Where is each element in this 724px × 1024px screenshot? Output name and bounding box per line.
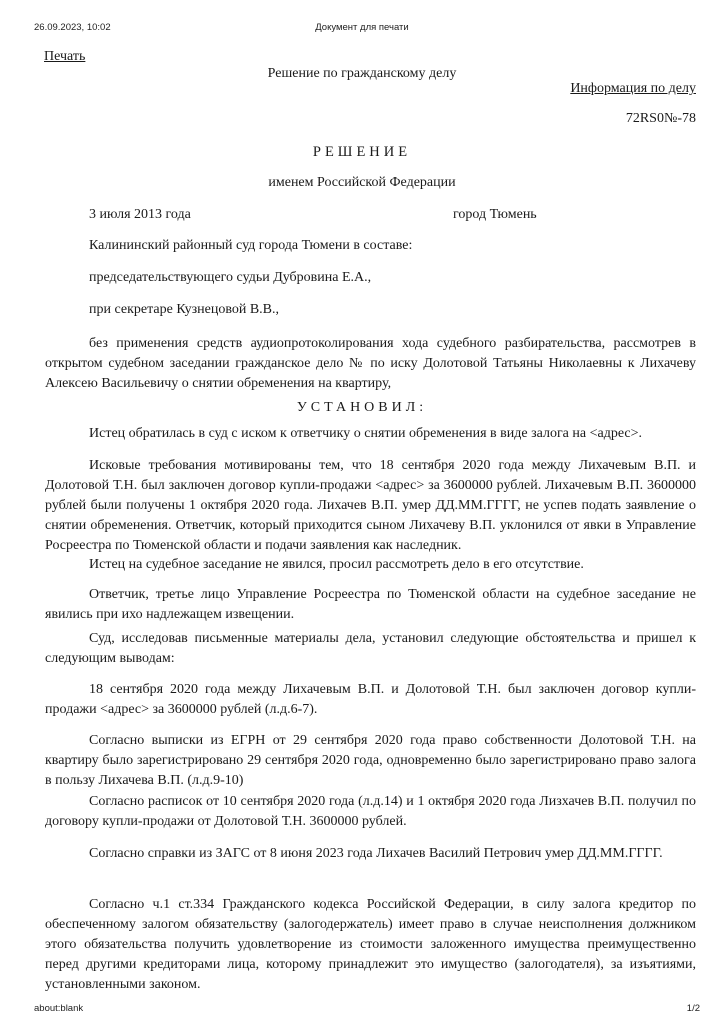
paragraph: Исковые требования мотивированы тем, что… (45, 456, 696, 556)
paragraph-text: Истец на судебное заседание не явился, п… (45, 555, 696, 575)
print-header: 26.09.2023, 10:02 Документ для печати (0, 22, 724, 36)
intro-paragraph: без применения средств аудиопротоколиров… (45, 334, 696, 394)
decision-date: 3 июля 2013 года (89, 206, 191, 224)
paragraph-text: Исковые требования мотивированы тем, что… (45, 456, 696, 556)
paragraph-text: Согласно расписок от 10 сентября 2020 го… (45, 792, 696, 832)
case-number: 72RS0№-78 (626, 110, 696, 128)
paragraph-text: Истец обратилась в суд с иском к ответчи… (45, 424, 696, 444)
paragraph-text: Согласно справки из ЗАГС от 8 июня 2023 … (45, 844, 696, 864)
paragraph-text: Согласно выписки из ЕГРН от 29 сентября … (45, 731, 696, 791)
paragraph-text: Суд, исследовав письменные материалы дел… (45, 629, 696, 669)
print-link[interactable]: Печать (44, 48, 85, 66)
court-composition: Калининский районный суд города Тюмени в… (45, 236, 696, 256)
paragraph-text: Ответчик, третье лицо Управление Росреес… (45, 585, 696, 625)
print-page-title: Документ для печати (0, 22, 724, 33)
paragraph: Истец на судебное заседание не явился, п… (45, 555, 696, 575)
presiding-judge: председательствующего судьи Дубровина Е.… (45, 268, 696, 288)
paragraph: Суд, исследовав письменные материалы дел… (45, 629, 696, 669)
established-heading: УСТАНОВИЛ: (0, 399, 724, 417)
paragraph: Согласно расписок от 10 сентября 2020 го… (45, 792, 696, 832)
paragraph-text: 18 сентября 2020 года между Лихачевым В.… (45, 680, 696, 720)
paragraph-text: Согласно ч.1 ст.334 Гражданского кодекса… (45, 895, 696, 995)
decision-subtitle: именем Российской Федерации (0, 174, 724, 192)
case-info-link[interactable]: Информация по делу (570, 80, 696, 98)
page-number: 1/2 (687, 1003, 700, 1014)
decision-title: РЕШЕНИЕ (0, 143, 724, 161)
court-text: Калининский районный суд города Тюмени в… (45, 236, 696, 256)
judge-text: председательствующего судьи Дубровина Е.… (45, 268, 696, 288)
paragraph: Согласно справки из ЗАГС от 8 июня 2023 … (45, 844, 696, 864)
paragraph: 18 сентября 2020 года между Лихачевым В.… (45, 680, 696, 720)
intro-text: без применения средств аудиопротоколиров… (45, 334, 696, 394)
print-url: about:blank (34, 1003, 83, 1014)
print-footer: about:blank 1/2 (0, 1003, 724, 1017)
decision-city: город Тюмень (453, 206, 537, 224)
secretary-text: при секретаре Кузнецовой В.В., (45, 300, 696, 320)
court-secretary: при секретаре Кузнецовой В.В., (45, 300, 696, 320)
paragraph: Истец обратилась в суд с иском к ответчи… (45, 424, 696, 444)
paragraph: Согласно выписки из ЕГРН от 29 сентября … (45, 731, 696, 791)
paragraph: Согласно ч.1 ст.334 Гражданского кодекса… (45, 895, 696, 995)
paragraph: Ответчик, третье лицо Управление Росреес… (45, 585, 696, 625)
